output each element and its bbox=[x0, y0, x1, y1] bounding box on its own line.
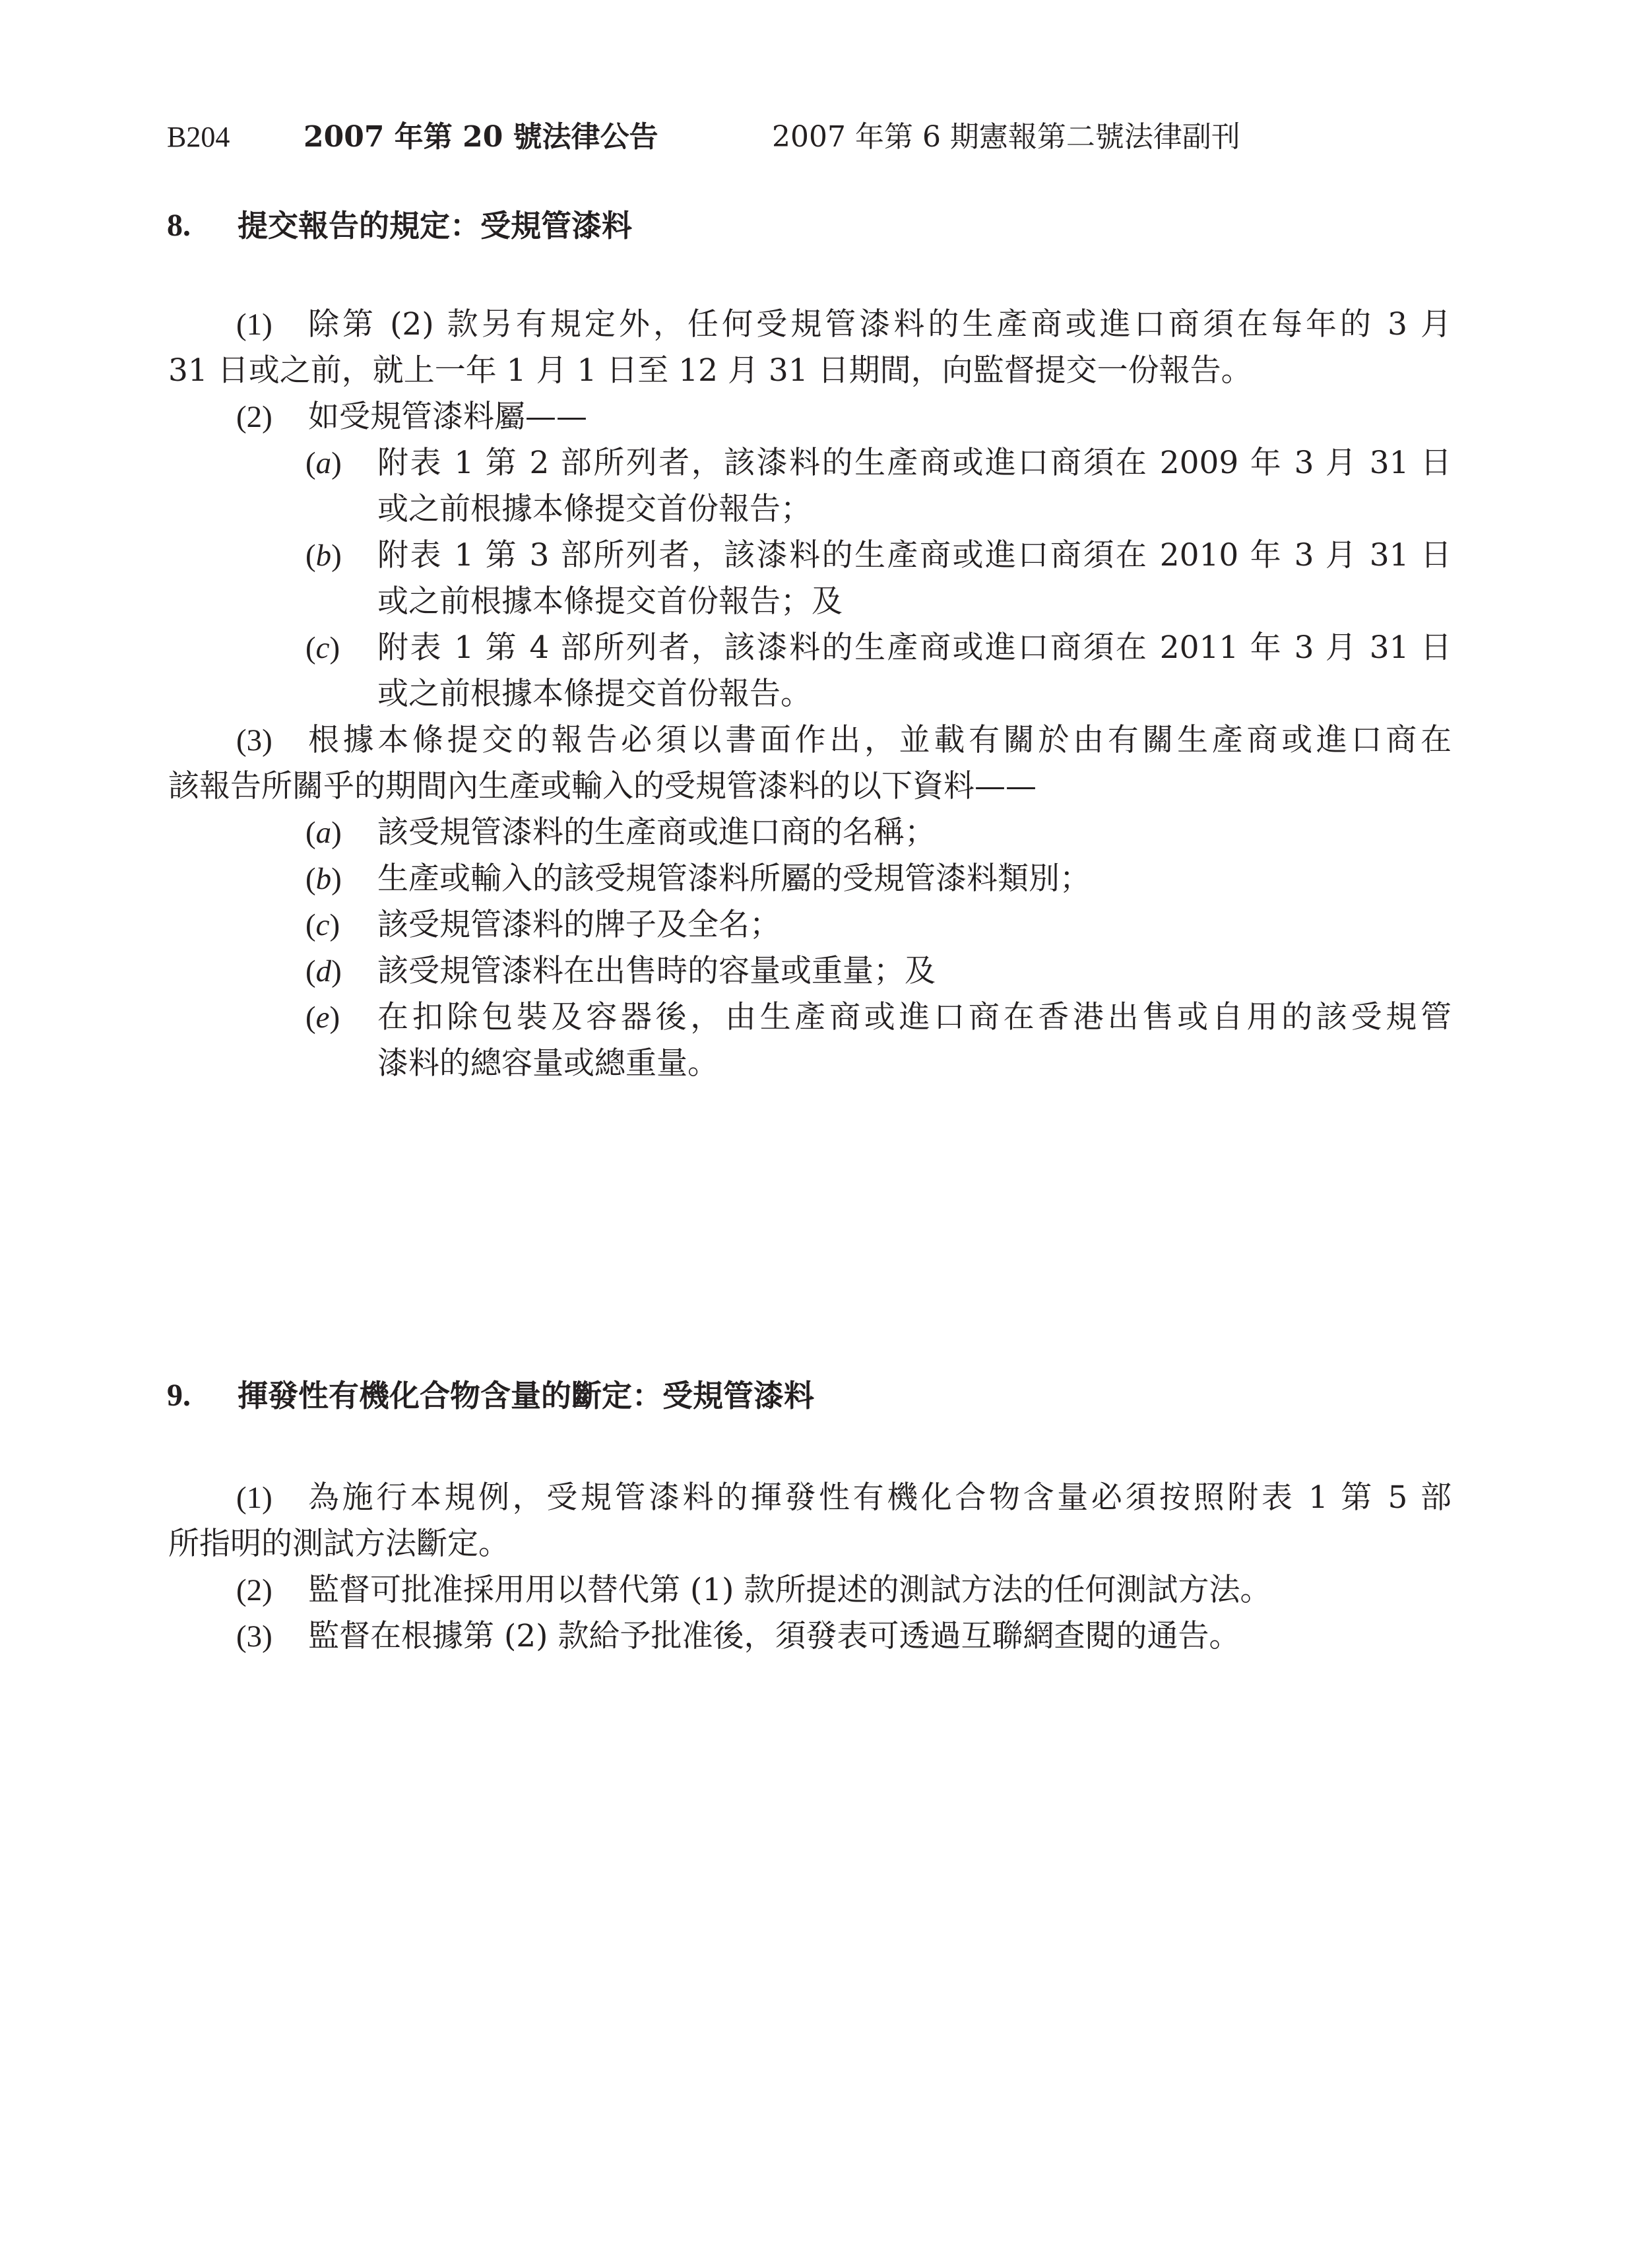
subsection-label: (2) bbox=[236, 1571, 272, 1610]
subsection-text: 如受規管漆料屬—— bbox=[308, 397, 587, 437]
item-text: 生產或輸入的該受規管漆料所屬的受規管漆料類別； bbox=[377, 859, 1091, 899]
item-label: (a) bbox=[305, 443, 342, 483]
item-label: (d) bbox=[305, 952, 342, 991]
item-text: 附表 1 第 3 部所列者，該漆料的生產商或進口商須在 2010 年 3 月 3… bbox=[377, 536, 1452, 575]
item-label: (c) bbox=[305, 628, 340, 668]
item-text: 或之前根據本條提交首份報告；及 bbox=[377, 582, 843, 622]
section-title: 揮發性有機化合物含量的斷定：受規管漆料 bbox=[238, 1376, 814, 1415]
subsection-text: 31 日或之前，就上一年 1 月 1 日至 12 月 31 日期間，向監督提交一… bbox=[168, 351, 1252, 391]
item-label: (a) bbox=[305, 813, 342, 853]
subsection-text: 該報告所關乎的期間內生產或輸入的受規管漆料的以下資料—— bbox=[168, 767, 1037, 806]
subsection-text: 根據本條提交的報告必須以書面作出，並載有關於由有關生產商或進口商在 bbox=[308, 721, 1452, 760]
item-text: 該受規管漆料在出售時的容量或重量；及 bbox=[377, 952, 936, 991]
item-label: (c) bbox=[305, 905, 340, 945]
notice-title: 2007 年第 20 號法律公告 bbox=[303, 117, 658, 157]
item-text: 或之前根據本條提交首份報告； bbox=[377, 490, 812, 529]
subsection-label: (1) bbox=[236, 1478, 272, 1518]
item-text: 附表 1 第 2 部所列者，該漆料的生產商或進口商須在 2009 年 3 月 3… bbox=[377, 443, 1452, 483]
section-number: 8. bbox=[167, 206, 191, 245]
subsection-text: 所指明的測試方法斷定。 bbox=[168, 1524, 509, 1564]
item-text: 或之前根據本條提交首份報告。 bbox=[377, 674, 812, 714]
item-label: (b) bbox=[305, 859, 342, 899]
section-title: 提交報告的規定：受規管漆料 bbox=[238, 206, 632, 245]
subsection-label: (1) bbox=[236, 305, 272, 344]
gazette-title: 2007 年第 6 期憲報第二號法律副刊 bbox=[772, 117, 1240, 157]
document-page: B204 2007 年第 20 號法律公告 2007 年第 6 期憲報第二號法律… bbox=[0, 0, 1627, 2268]
item-text: 附表 1 第 4 部所列者，該漆料的生產商或進口商須在 2011 年 3 月 3… bbox=[377, 628, 1452, 668]
subsection-text: 為施行本規例，受規管漆料的揮發性有機化合物含量必須按照附表 1 第 5 部 bbox=[308, 1478, 1452, 1518]
page-number: B204 bbox=[167, 117, 230, 157]
subsection-text: 除第 (2) 款另有規定外，任何受規管漆料的生產商或進口商須在每年的 3 月 bbox=[308, 305, 1452, 344]
section-number: 9. bbox=[167, 1376, 191, 1415]
subsection-label: (3) bbox=[236, 721, 272, 760]
subsection-text: 監督在根據第 (2) 款給予批准後，須發表可透過互聯網查閱的通告。 bbox=[308, 1617, 1240, 1656]
subsection-label: (3) bbox=[236, 1617, 272, 1656]
item-label: (b) bbox=[305, 536, 342, 575]
subsection-label: (2) bbox=[236, 397, 272, 437]
subsection-text: 監督可批准採用用以替代第 (1) 款所提述的測試方法的任何測試方法。 bbox=[308, 1571, 1271, 1610]
item-text: 在扣除包裝及容器後，由生產商或進口商在香港出售或自用的該受規管 bbox=[377, 998, 1452, 1037]
item-label: (e) bbox=[305, 998, 340, 1037]
item-text: 漆料的總容量或總重量。 bbox=[377, 1044, 718, 1084]
item-text: 該受規管漆料的生產商或進口商的名稱； bbox=[377, 813, 936, 853]
item-text: 該受規管漆料的牌子及全名； bbox=[377, 905, 781, 945]
